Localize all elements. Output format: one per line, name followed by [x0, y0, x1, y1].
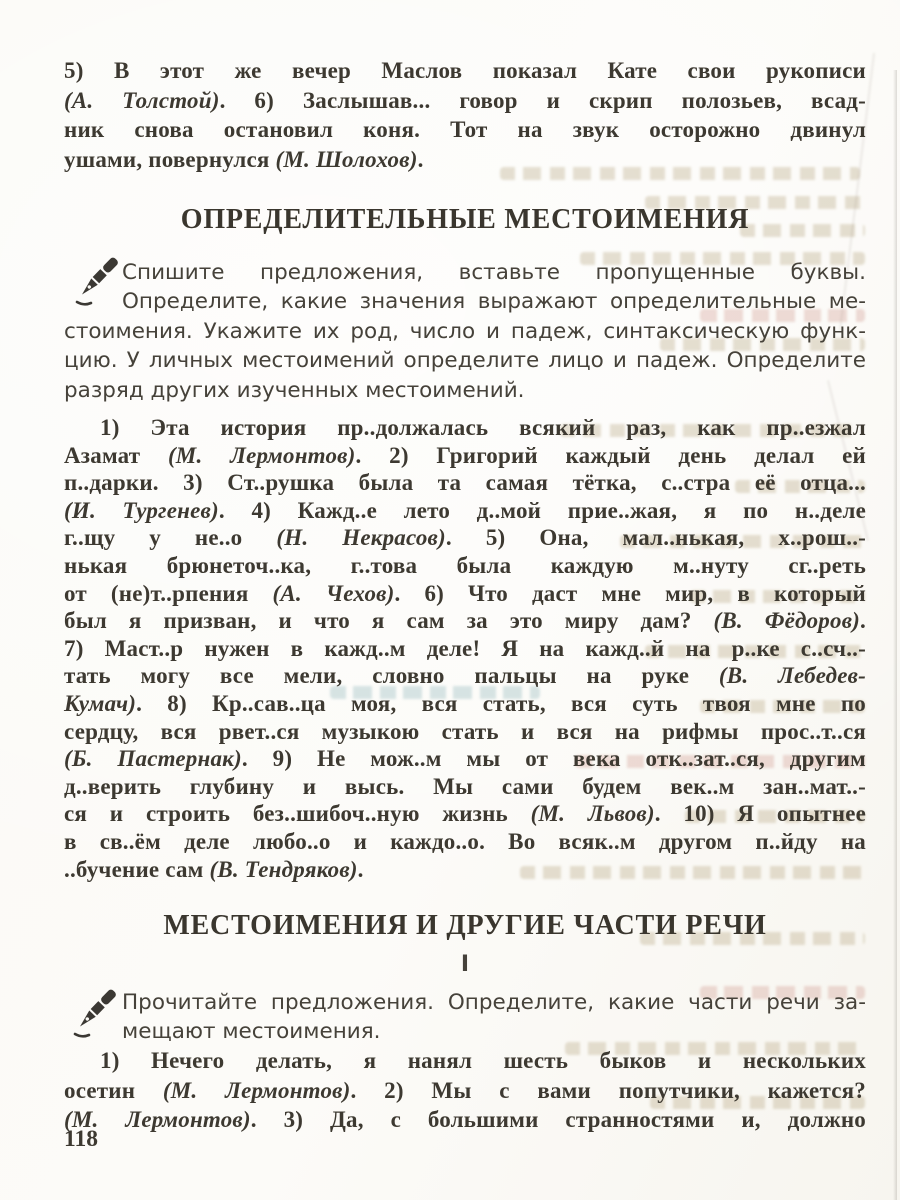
- part-numeral: I: [64, 952, 866, 977]
- text-line: 1) Нечего делать, я нанял шесть быков и …: [64, 1046, 866, 1076]
- text-line: мещают местоимения.: [64, 1017, 866, 1046]
- text-line: от (не)т..рпения (А. Чехов). 6) Что даст…: [64, 580, 866, 608]
- text-line: (А. Толстой). 6) Заслышав... говор и скр…: [64, 86, 866, 116]
- text-line: д..верить глубину и высь. Мы сами будем …: [64, 773, 866, 801]
- section-heading-determinative-pronouns: ОПРЕДЕЛИТЕЛЬНЫЕ МЕСТОИМЕНИЯ: [64, 204, 866, 236]
- prev-exercise-text: 5) В этот же вечер Маслов показал Кате с…: [64, 56, 866, 174]
- text-line: 1) Эта история пр..должалась всякий раз,…: [64, 414, 866, 442]
- book-page-scan: 5) В этот же вечер Маслов показал Кате с…: [0, 0, 900, 1200]
- text-line: ся и строить без..шибоч..ную жизнь (М. Л…: [64, 800, 866, 828]
- text-line: стоимения. Укажите их род, число и падеж…: [64, 317, 866, 346]
- text-line: ушами, повернулся (М. Шолохов).: [64, 145, 866, 175]
- text-line: тать могу все мели, словно пальцы на рук…: [64, 662, 866, 690]
- text-line: цию. У личных местоимений определите лиц…: [64, 346, 866, 375]
- text-line: ..бучение сам (В. Тендряков).: [64, 856, 866, 884]
- text-line: ник снова остановил коня. Тот на звук ос…: [64, 115, 866, 145]
- instruction-text-2: Прочитайте предложения. Определите, каки…: [64, 988, 866, 1047]
- text-line: 7) Маст..р нужен в кажд..м деле! Я на ка…: [64, 635, 866, 663]
- text-line: нькая брюнеточ..ка, г..това была каждую …: [64, 552, 866, 580]
- instruction-text-1: Спишите предложения, вставьте пропущенны…: [64, 258, 866, 405]
- page-edge-shadow: [893, 70, 897, 1200]
- exercise-2-text: 1) Нечего делать, я нанял шесть быков и …: [64, 1046, 866, 1135]
- text-line: Прочитайте предложения. Определите, каки…: [64, 988, 866, 1017]
- text-line: 5) В этот же вечер Маслов показал Кате с…: [64, 56, 866, 86]
- text-line: Азамат (М. Лермонтов). 2) Григорий кажды…: [64, 442, 866, 470]
- text-line: (И. Тургенев). 4) Кажд..е лето д..мой пр…: [64, 497, 866, 525]
- text-line: (М. Лермонтов). 3) Да, с большими странн…: [64, 1105, 866, 1135]
- section-heading-pronouns-and-parts-of-speech: МЕСТОИМЕНИЯ И ДРУГИЕ ЧАСТИ РЕЧИ: [64, 910, 866, 942]
- text-line: Кумач). 8) Кр..сав..ца моя, вся стать, в…: [64, 690, 866, 718]
- text-line: был я призван, и что я сам за это миру д…: [64, 607, 866, 635]
- text-line: п..дарки. 3) Ст..рушка была та самая тёт…: [64, 469, 866, 497]
- text-line: осетин (М. Лермонтов). 2) Мы с вами попу…: [64, 1076, 866, 1106]
- text-line: сердцу, вся рвет..ся музыкою стать и вся…: [64, 718, 866, 746]
- exercise-1-text: 1) Эта история пр..должалась всякий раз,…: [64, 414, 866, 883]
- text-line: г..щу у не..о (Н. Некрасов). 5) Она, мал…: [64, 524, 866, 552]
- text-line: (Б. Пастернак). 9) Не мож..м мы от века …: [64, 745, 866, 773]
- text-line: Спишите предложения, вставьте пропущенны…: [64, 258, 866, 287]
- text-line: в св..ём деле любо..о и каждо..о. Во вся…: [64, 828, 866, 856]
- text-line: разряд других изученных местоимений.: [64, 376, 866, 405]
- page-number: 118: [64, 1126, 98, 1153]
- text-line: Определите, какие значения выражают опре…: [64, 287, 866, 316]
